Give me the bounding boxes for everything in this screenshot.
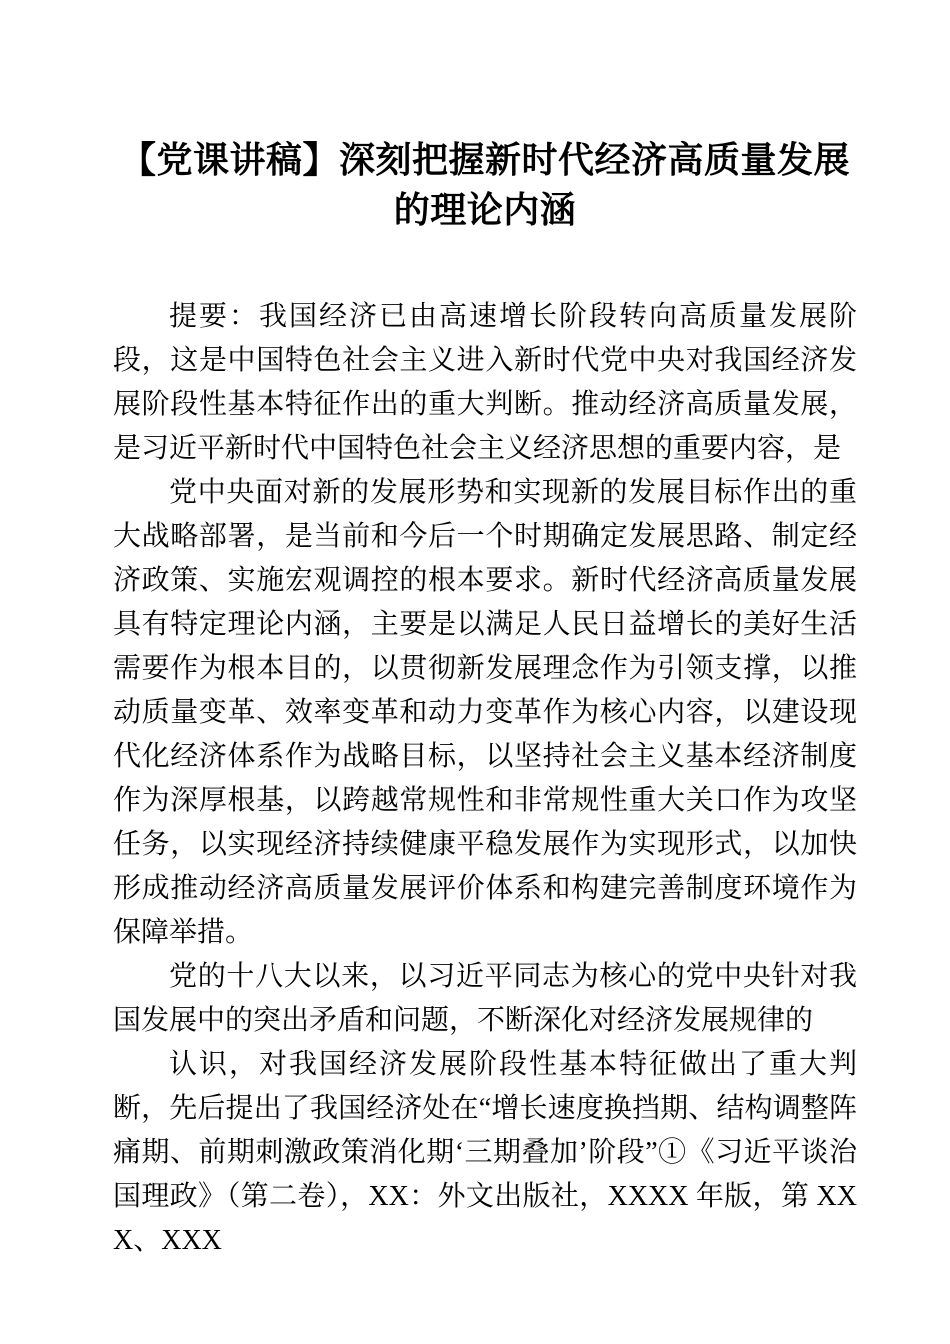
document-body: 提要：我国经济已由高速增长阶段转向高质量发展阶段，这是中国特色社会主义进入新时代… — [113, 295, 857, 1263]
paragraph-18th-congress: 党的十八大以来，以习近平同志为核心的党中央针对我国发展中的突出矛盾和问题，不断深… — [113, 955, 857, 1043]
document-title: 【党课讲稿】深刻把握新时代经济高质量发展的理论内涵 — [113, 135, 857, 235]
paragraph-strategy: 党中央面对新的发展形势和实现新的发展目标作出的重大战略部署，是当前和今后一个时期… — [113, 471, 857, 955]
document-page: 【党课讲稿】深刻把握新时代经济高质量发展的理论内涵 提要：我国经济已由高速增长阶… — [0, 0, 950, 1344]
paragraph-summary: 提要：我国经济已由高速增长阶段转向高质量发展阶段，这是中国特色社会主义进入新时代… — [113, 295, 857, 471]
paragraph-citation: 认识，对我国经济发展阶段性基本特征做出了重大判断，先后提出了我国经济处在“增长速… — [113, 1043, 857, 1263]
